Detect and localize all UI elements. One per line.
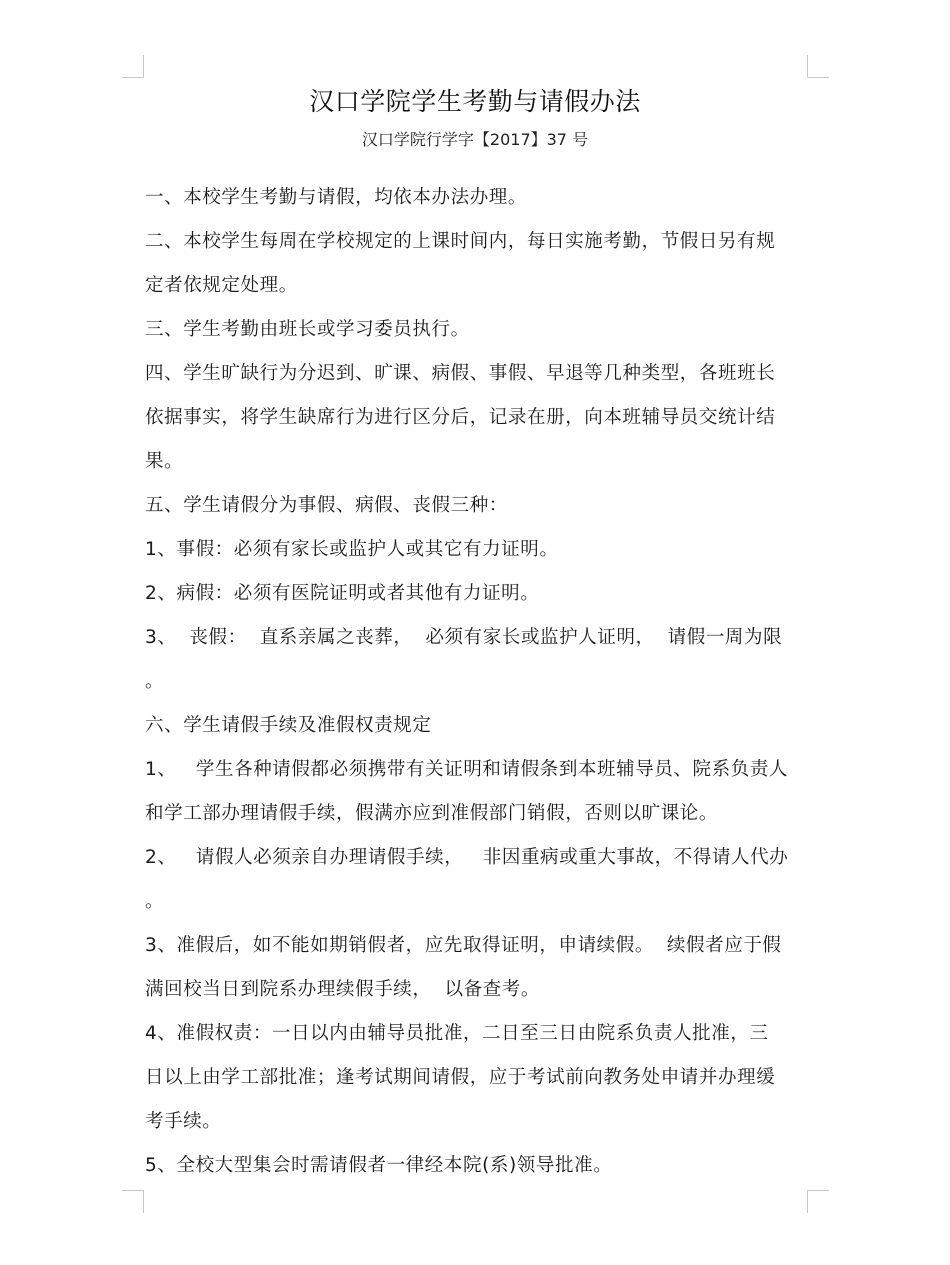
text-line: 六、学生请假手续及准假权责规定 [145, 712, 810, 756]
text-line: 2、 请假人必须亲自办理请假手续， 非因重病或重大事故，不得请人代办 [145, 844, 810, 888]
text-line: 4、准假权责：一日以内由辅导员批准，二日至三日由院系负责人批准，三 [145, 1020, 810, 1064]
text-line: 3、准假后，如不能如期销假者，应先取得证明，申请续假。 续假者应于假 [145, 932, 810, 976]
text-line: 二、本校学生每周在学校规定的上课时间内，每日实施考勤，节假日另有规 [145, 228, 810, 272]
text-line: 四、学生旷缺行为分迟到、旷课、病假、事假、早退等几种类型，各班班长 [145, 360, 810, 404]
page-corner-mark-top-right [807, 55, 829, 78]
text-line: 依据事实，将学生缺席行为进行区分后，记录在册，向本班辅导员交统计结 [145, 404, 810, 448]
text-line: 3、 丧假： 直系亲属之丧葬， 必须有家长或监护人证明， 请假一周为限 [145, 624, 810, 668]
text-line: 定者依规定处理。 [145, 272, 810, 316]
text-line: 一、本校学生考勤与请假，均依本办法办理。 [145, 184, 810, 228]
text-line: 三、学生考勤由班长或学习委员执行。 [145, 316, 810, 360]
page-corner-mark-bottom-right [807, 1190, 829, 1213]
text-line: 。 [145, 668, 810, 712]
page-corner-mark-top-left [122, 55, 144, 78]
text-line: 1、 学生各种请假都必须携带有关证明和请假条到本班辅导员、院系负责人 [145, 756, 810, 800]
document-number: 汉口学院行学字【2017】37 号 [0, 127, 950, 150]
text-line: 5、全校大型集会时需请假者一律经本院(系)领导批准。 [145, 1152, 810, 1196]
document-body: 一、本校学生考勤与请假，均依本办法办理。 二、本校学生每周在学校规定的上课时间内… [145, 184, 810, 1196]
text-line: 和学工部办理请假手续，假满亦应到准假部门销假，否则以旷课论。 [145, 800, 810, 844]
text-line: 。 [145, 888, 810, 932]
text-line: 五、学生请假分为事假、病假、丧假三种： [145, 492, 810, 536]
document-title: 汉口学院学生考勤与请假办法 [0, 82, 950, 118]
text-line: 考手续。 [145, 1108, 810, 1152]
text-line: 2、病假：必须有医院证明或者其他有力证明。 [145, 580, 810, 624]
text-line: 果。 [145, 448, 810, 492]
page-corner-mark-bottom-left [122, 1190, 144, 1213]
text-line: 满回校当日到院系办理续假手续， 以备查考。 [145, 976, 810, 1020]
text-line: 日以上由学工部批准；逢考试期间请假，应于考试前向教务处申请并办理缓 [145, 1064, 810, 1108]
text-line: 1、事假：必须有家长或监护人或其它有力证明。 [145, 536, 810, 580]
